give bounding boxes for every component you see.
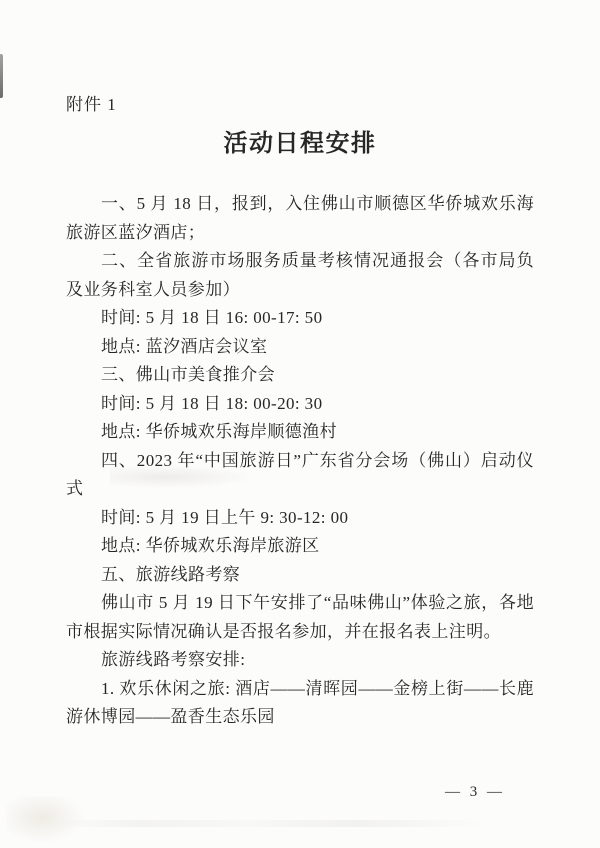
body-line: 二、全省旅游市场服务质量考核情况通报会（各市局负责人 (66, 247, 534, 276)
body-line: 及业务科室人员参加） (66, 276, 534, 305)
page-title: 活动日程安排 (0, 123, 600, 158)
body-line: 1. 欢乐休闲之旅: 酒店——清晖园——金榜上街——长鹿旅 (66, 675, 534, 704)
body-line: 旅游线路考察安排: (66, 646, 534, 675)
scan-smudge-artifact (6, 796, 86, 844)
body-line: 地点: 蓝汐酒店会议室 (66, 333, 534, 362)
body-line: 市根据实际情况确认是否报名参加，并在报名表上注明。 (66, 618, 534, 647)
body-line: 一、5 月 18 日，报到，入住佛山市顺德区华侨城欢乐海岸 (66, 190, 534, 219)
body-line: 地点: 华侨城欢乐海岸旅游区 (66, 532, 534, 561)
body-line: 时间: 5 月 18 日 16: 00-17: 50 (66, 304, 534, 333)
body-line: 时间: 5 月 19 日上午 9: 30-12: 00 (66, 504, 534, 533)
body-line: 时间: 5 月 18 日 18: 00-20: 30 (66, 390, 534, 419)
body-line: 地点: 华侨城欢乐海岸顺德渔村 (66, 418, 534, 447)
attachment-label: 附件 1 (66, 90, 117, 115)
page-number: — 3 — (445, 784, 505, 801)
scan-edge-artifact (0, 54, 3, 98)
body-line: 五、旅游线路考察 (66, 561, 534, 590)
body-line: 四、2023 年“中国旅游日”广东省分会场（佛山）启动仪 (66, 447, 534, 476)
body-line: 旅游区蓝汐酒店； (66, 219, 534, 248)
scan-streak-artifact (55, 820, 485, 827)
body-line: 式 (66, 475, 534, 504)
scanned-document-page: 附件 1 活动日程安排 一、5 月 18 日，报到，入住佛山市顺德区华侨城欢乐海… (0, 0, 600, 848)
body-line: 游休博园——盈香生态乐园 (66, 703, 534, 732)
document-body: 一、5 月 18 日，报到，入住佛山市顺德区华侨城欢乐海岸 旅游区蓝汐酒店； 二… (66, 190, 534, 732)
body-line: 三、佛山市美食推介会 (66, 361, 534, 390)
body-line: 佛山市 5 月 19 日下午安排了“品味佛山”体验之旅，各地 (66, 589, 534, 618)
